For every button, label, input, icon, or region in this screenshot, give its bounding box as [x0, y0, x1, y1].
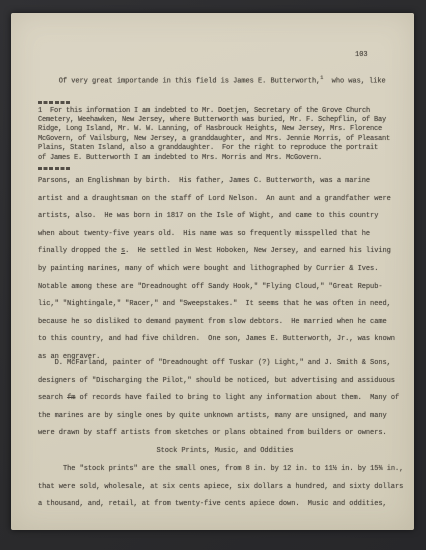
- stock-prints-first-line: The "stock prints" are the small ones, f…: [38, 461, 412, 479]
- text-line: artists, also. He was born in 1817 on th…: [38, 208, 412, 226]
- intro-text-after: who was, like: [323, 78, 385, 86]
- text-line: artist and a draughtsman on the staff of…: [38, 191, 412, 209]
- text-line: of James E. Butterworth I am indebted to…: [38, 154, 412, 163]
- page-sheet: 103 Of very great importande in this fie…: [11, 13, 414, 530]
- drop-line-before: finally dropped the: [38, 247, 121, 255]
- footnote-rule-bottom: [38, 167, 71, 170]
- page-number: 103: [355, 51, 368, 59]
- text-line: because he so disliked to demand payment…: [38, 314, 412, 332]
- mcfarland-lines-after: the marines are by single ones by quite …: [38, 408, 412, 443]
- text-line: Plains, Staten Island, also a granddaugh…: [38, 144, 412, 153]
- correction-after: of records have failed to bring to light…: [75, 394, 399, 402]
- text-line: to this country, and had five children. …: [38, 331, 412, 349]
- biography-lines-after: by painting marines, many of which were …: [38, 261, 412, 367]
- text-line: D. McFarland, painter of "Dreadnought of…: [38, 355, 412, 373]
- stock-prints-paragraph: The "stock prints" are the small ones, f…: [38, 461, 412, 514]
- text-line: when about twenty-five years old. His na…: [38, 226, 412, 244]
- text-line: 1 For this information I am indebted to …: [38, 107, 412, 116]
- mcfarland-paragraph: D. McFarland, painter of "Dreadnought of…: [38, 355, 412, 443]
- intro-line: Of very great importande in this field i…: [38, 70, 412, 91]
- text-line: Parsons, an Englishman by birth. His fat…: [38, 173, 412, 191]
- text-line: lic," "Nightingale," "Racer," and "Sweep…: [38, 296, 412, 314]
- intro-text-before: Of very great importande in this field i…: [38, 78, 320, 86]
- text-line: Cemetery, Weehawken, New Jersey, where B…: [38, 116, 412, 125]
- text-line: Notable among these are "Dreadnought off…: [38, 279, 412, 297]
- correction-before: search: [38, 394, 67, 402]
- stock-prints-line-3: a thousand, and, retail, at from twenty-…: [38, 496, 412, 514]
- text-line: designers of "Discharging the Pilot," sh…: [38, 373, 412, 391]
- text-line: McGovern, of Vailsburg, New Jersey, a gr…: [38, 135, 412, 144]
- biography-paragraph: Parsons, an Englishman by birth. His fat…: [38, 173, 412, 367]
- biography-drop-line: finally dropped the s. He settled in Wes…: [38, 243, 412, 261]
- text-line: Ridge, Long Island, Mr. W. W. Lanning, o…: [38, 125, 412, 134]
- footnote-rule-top: [38, 101, 71, 104]
- footnote-block: 1 For this information I am indebted to …: [38, 99, 412, 173]
- text-line: were drawn by staff artists from sketche…: [38, 425, 412, 443]
- footnote-lines: 1 For this information I am indebted to …: [38, 107, 412, 163]
- stock-prints-line-2: that were sold, wholesale, at six cents …: [38, 479, 412, 497]
- biography-lines-before: Parsons, an Englishman by birth. His fat…: [38, 173, 412, 243]
- text-line: by painting marines, many of which were …: [38, 261, 412, 279]
- mcfarland-lines-before: D. McFarland, painter of "Dreadnought of…: [38, 355, 412, 390]
- drop-line-after: . He settled in West Hoboken, New Jersey…: [125, 247, 391, 255]
- section-heading: Stock Prints, Music, and Oddities: [38, 443, 412, 461]
- mcfarland-correction-line: search fm of records have failed to brin…: [38, 390, 412, 408]
- text-line: the marines are by single ones by quite …: [38, 408, 412, 426]
